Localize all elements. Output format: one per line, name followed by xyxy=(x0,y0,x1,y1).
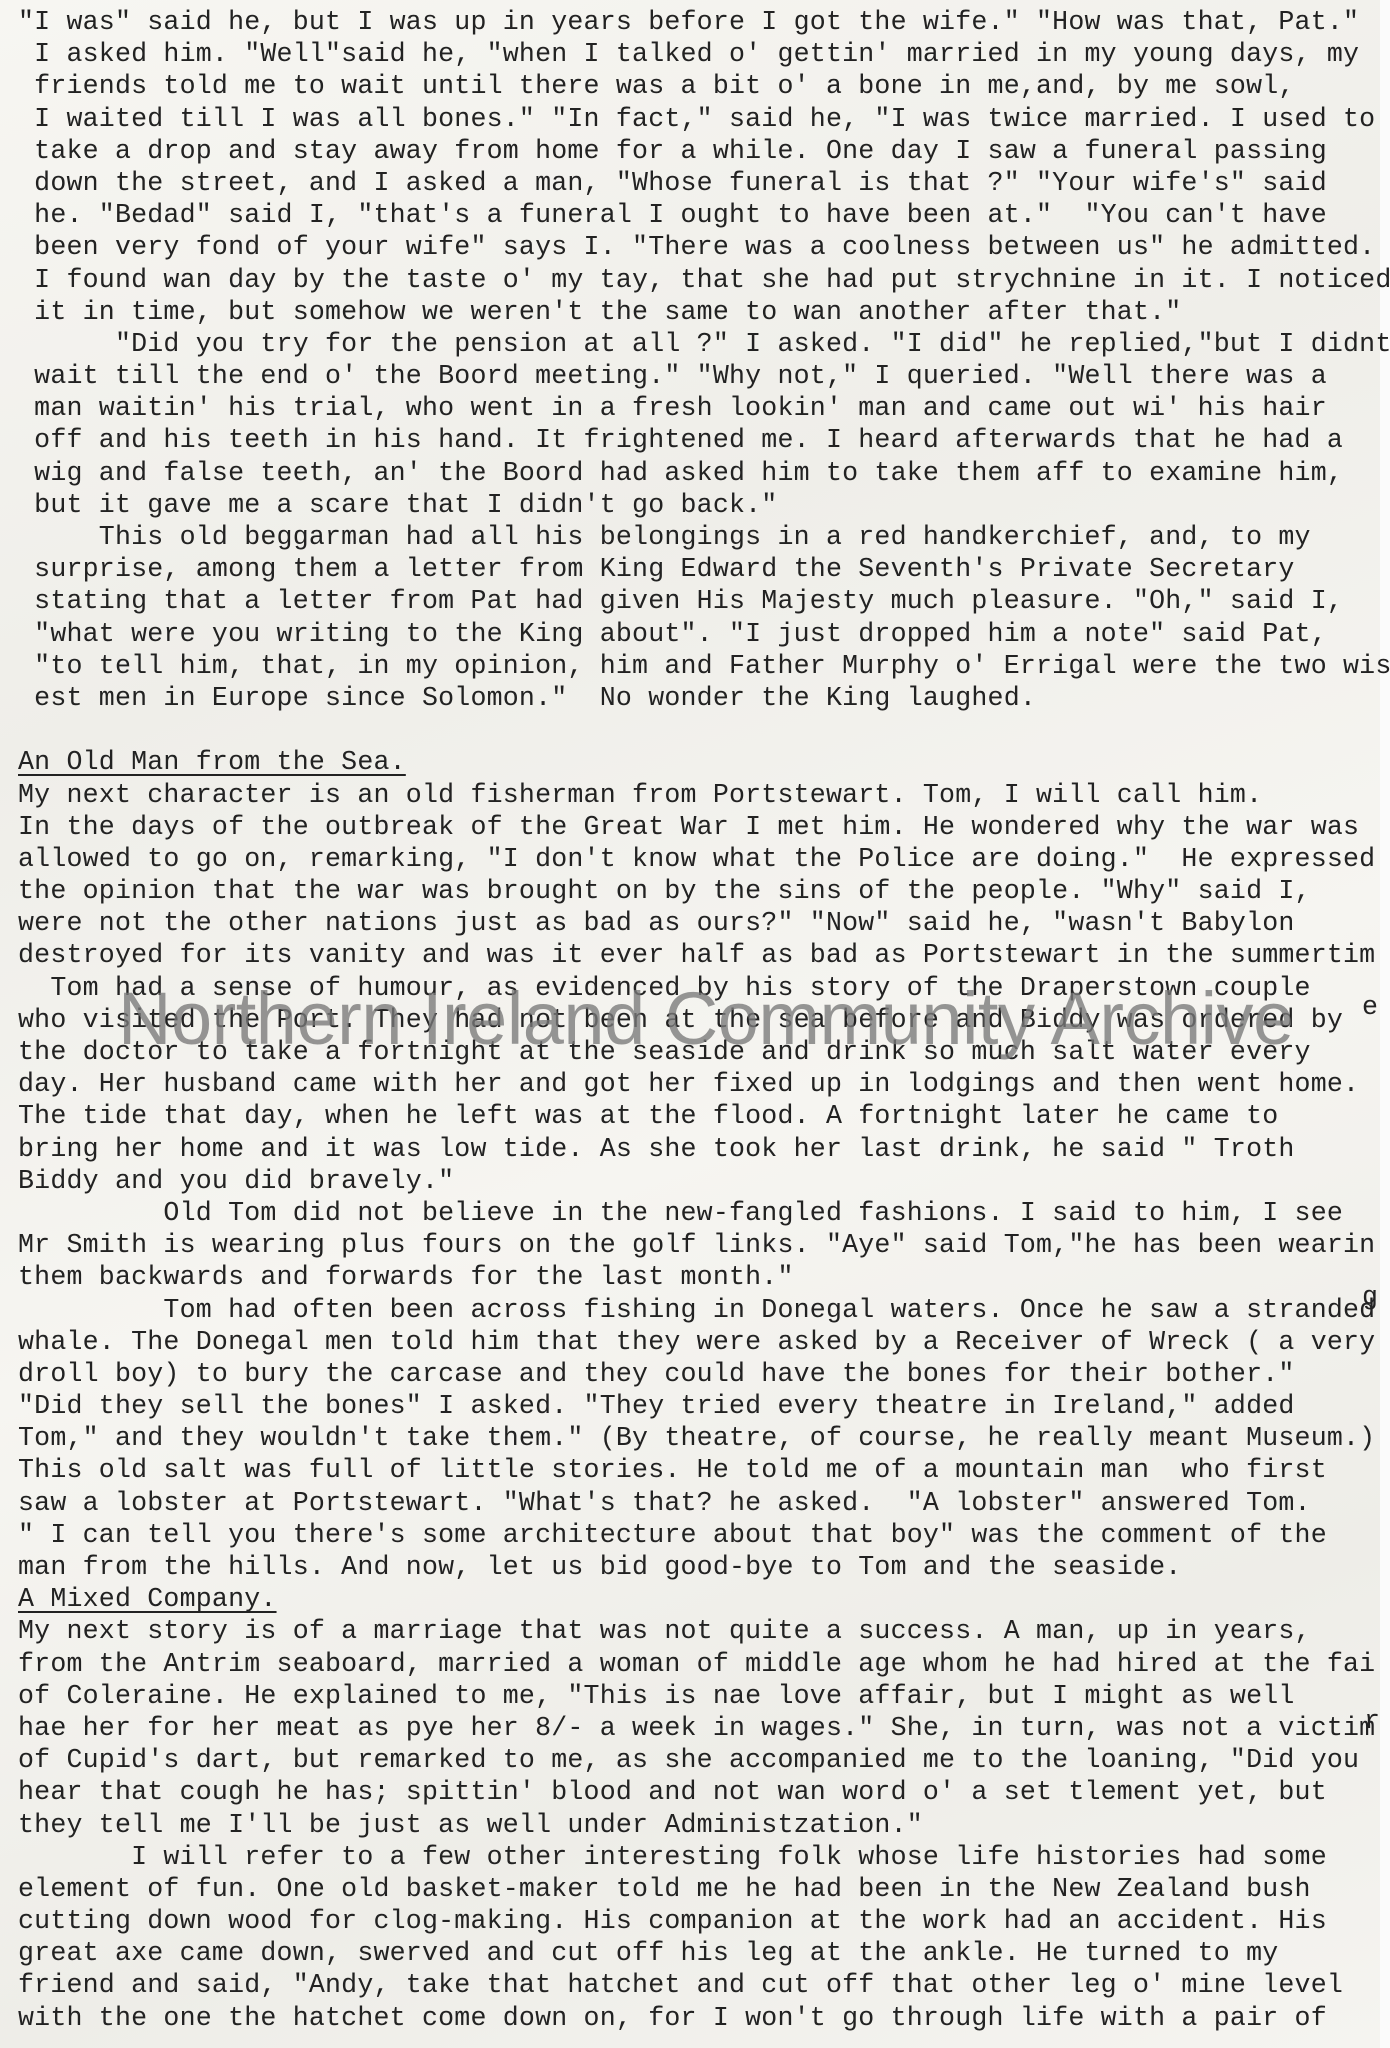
text-line: element of fun. One old basket-maker tol… xyxy=(18,1873,1380,1905)
text-line: of Cupid's dart, but remarked to me, as … xyxy=(18,1744,1380,1776)
text-line: allowed to go on, remarking, "I don't kn… xyxy=(18,843,1380,875)
text-line: cutting down wood for clog-making. His c… xyxy=(18,1905,1380,1937)
heading-mixed-company: A Mixed Company. xyxy=(18,1583,1380,1615)
text-line: I waited till I was all bones." "In fact… xyxy=(18,103,1380,135)
text-line: surprise, among them a letter from King … xyxy=(18,553,1380,585)
text-line: who visited the Port. They had not been … xyxy=(18,1004,1380,1036)
typed-text-body: "I was" said he, but I was up in years b… xyxy=(18,6,1380,2034)
overflow-char-fair: r xyxy=(1364,1706,1380,1736)
text-line: wig and false teeth, an' the Boord had a… xyxy=(18,457,1380,489)
text-line: friends told me to wait until there was … xyxy=(18,70,1380,102)
text-line: with the one the hatchet come down on, f… xyxy=(18,2002,1380,2034)
text-line: great axe came down, swerved and cut off… xyxy=(18,1937,1380,1969)
text-line: day. Her husband came with her and got h… xyxy=(18,1068,1380,1100)
text-line: This old beggarman had all his belonging… xyxy=(18,521,1380,553)
text-line: I asked him. "Well"said he, "when I talk… xyxy=(18,38,1380,70)
text-line: I found wan day by the taste o' my tay, … xyxy=(18,264,1380,296)
text-line: "what were you writing to the King about… xyxy=(18,618,1380,650)
text-line: off and his teeth in his hand. It fright… xyxy=(18,424,1380,456)
text-line: from the Antrim seaboard, married a woma… xyxy=(18,1648,1380,1680)
text-line: Tom had a sense of humour, as evidenced … xyxy=(18,972,1380,1004)
text-line: This old salt was full of little stories… xyxy=(18,1454,1380,1486)
text-line: been very fond of your wife" says I. "Th… xyxy=(18,231,1380,263)
text-line: the doctor to take a fortnight at the se… xyxy=(18,1036,1380,1068)
text-line: Mr Smith is wearing plus fours on the go… xyxy=(18,1229,1380,1261)
text-line: but it gave me a scare that I didn't go … xyxy=(18,489,1380,521)
text-line: My next story is of a marriage that was … xyxy=(18,1615,1380,1647)
section-mixed-company: My next story is of a marriage that was … xyxy=(18,1615,1380,2033)
page-edge xyxy=(1380,0,1390,2048)
text-line: stating that a letter from Pat had given… xyxy=(18,585,1380,617)
text-line: were not the other nations just as bad a… xyxy=(18,907,1380,939)
text-line: droll boy) to bury the carcase and they … xyxy=(18,1358,1380,1390)
text-line: man from the hills. And now, let us bid … xyxy=(18,1551,1380,1583)
text-line: destroyed for its vanity and was it ever… xyxy=(18,939,1380,971)
text-line: " I can tell you there's some architectu… xyxy=(18,1519,1380,1551)
text-line: Biddy and you did bravely." xyxy=(18,1165,1380,1197)
text-line: whale. The Donegal men told him that the… xyxy=(18,1326,1380,1358)
text-line: "I was" said he, but I was up in years b… xyxy=(18,6,1380,38)
text-line: The tide that day, when he left was at t… xyxy=(18,1100,1380,1132)
overflow-char-wearing: g xyxy=(1362,1282,1378,1312)
text-line: man waitin' his trial, who went in a fre… xyxy=(18,392,1380,424)
text-line: it in time, but somehow we weren't the s… xyxy=(18,296,1380,328)
text-line: friend and said, "Andy, take that hatche… xyxy=(18,1969,1380,2001)
text-line: hae her for her meat as pye her 8/- a we… xyxy=(18,1712,1380,1744)
text-line: he. "Bedad" said I, "that's a funeral I … xyxy=(18,199,1380,231)
section-old-man-from-the-sea: My next character is an old fisherman fr… xyxy=(18,779,1380,1584)
text-line: Tom had often been across fishing in Don… xyxy=(18,1294,1380,1326)
text-line: bring her home and it was low tide. As s… xyxy=(18,1133,1380,1165)
text-line: wait till the end o' the Boord meeting."… xyxy=(18,360,1380,392)
text-line: they tell me I'll be just as well under … xyxy=(18,1809,1380,1841)
section-pat-story: "I was" said he, but I was up in years b… xyxy=(18,6,1380,714)
text-line: est men in Europe since Solomon." No won… xyxy=(18,682,1380,714)
text-line: of Coleraine. He explained to me, "This … xyxy=(18,1680,1380,1712)
text-line: In the days of the outbreak of the Great… xyxy=(18,811,1380,843)
text-line: "Did you try for the pension at all ?" I… xyxy=(18,328,1380,360)
text-line: Old Tom did not believe in the new-fangl… xyxy=(18,1197,1380,1229)
text-line: "to tell him, that, in my opinion, him a… xyxy=(18,650,1380,682)
text-line: I will refer to a few other interesting … xyxy=(18,1841,1380,1873)
text-line: down the street, and I asked a man, "Who… xyxy=(18,167,1380,199)
text-line: take a drop and stay away from home for … xyxy=(18,135,1380,167)
text-line: Tom," and they wouldn't take them." (By … xyxy=(18,1422,1380,1454)
heading-old-man-from-the-sea: An Old Man from the Sea. xyxy=(18,746,1380,778)
text-line: saw a lobster at Portstewart. "What's th… xyxy=(18,1487,1380,1519)
text-line: My next character is an old fisherman fr… xyxy=(18,779,1380,811)
text-line: hear that cough he has; spittin' blood a… xyxy=(18,1776,1380,1808)
text-line: "Did they sell the bones" I asked. "They… xyxy=(18,1390,1380,1422)
text-line: them backwards and forwards for the last… xyxy=(18,1261,1380,1293)
overflow-char-summertime: e xyxy=(1362,992,1378,1022)
text-line: the opinion that the war was brought on … xyxy=(18,875,1380,907)
